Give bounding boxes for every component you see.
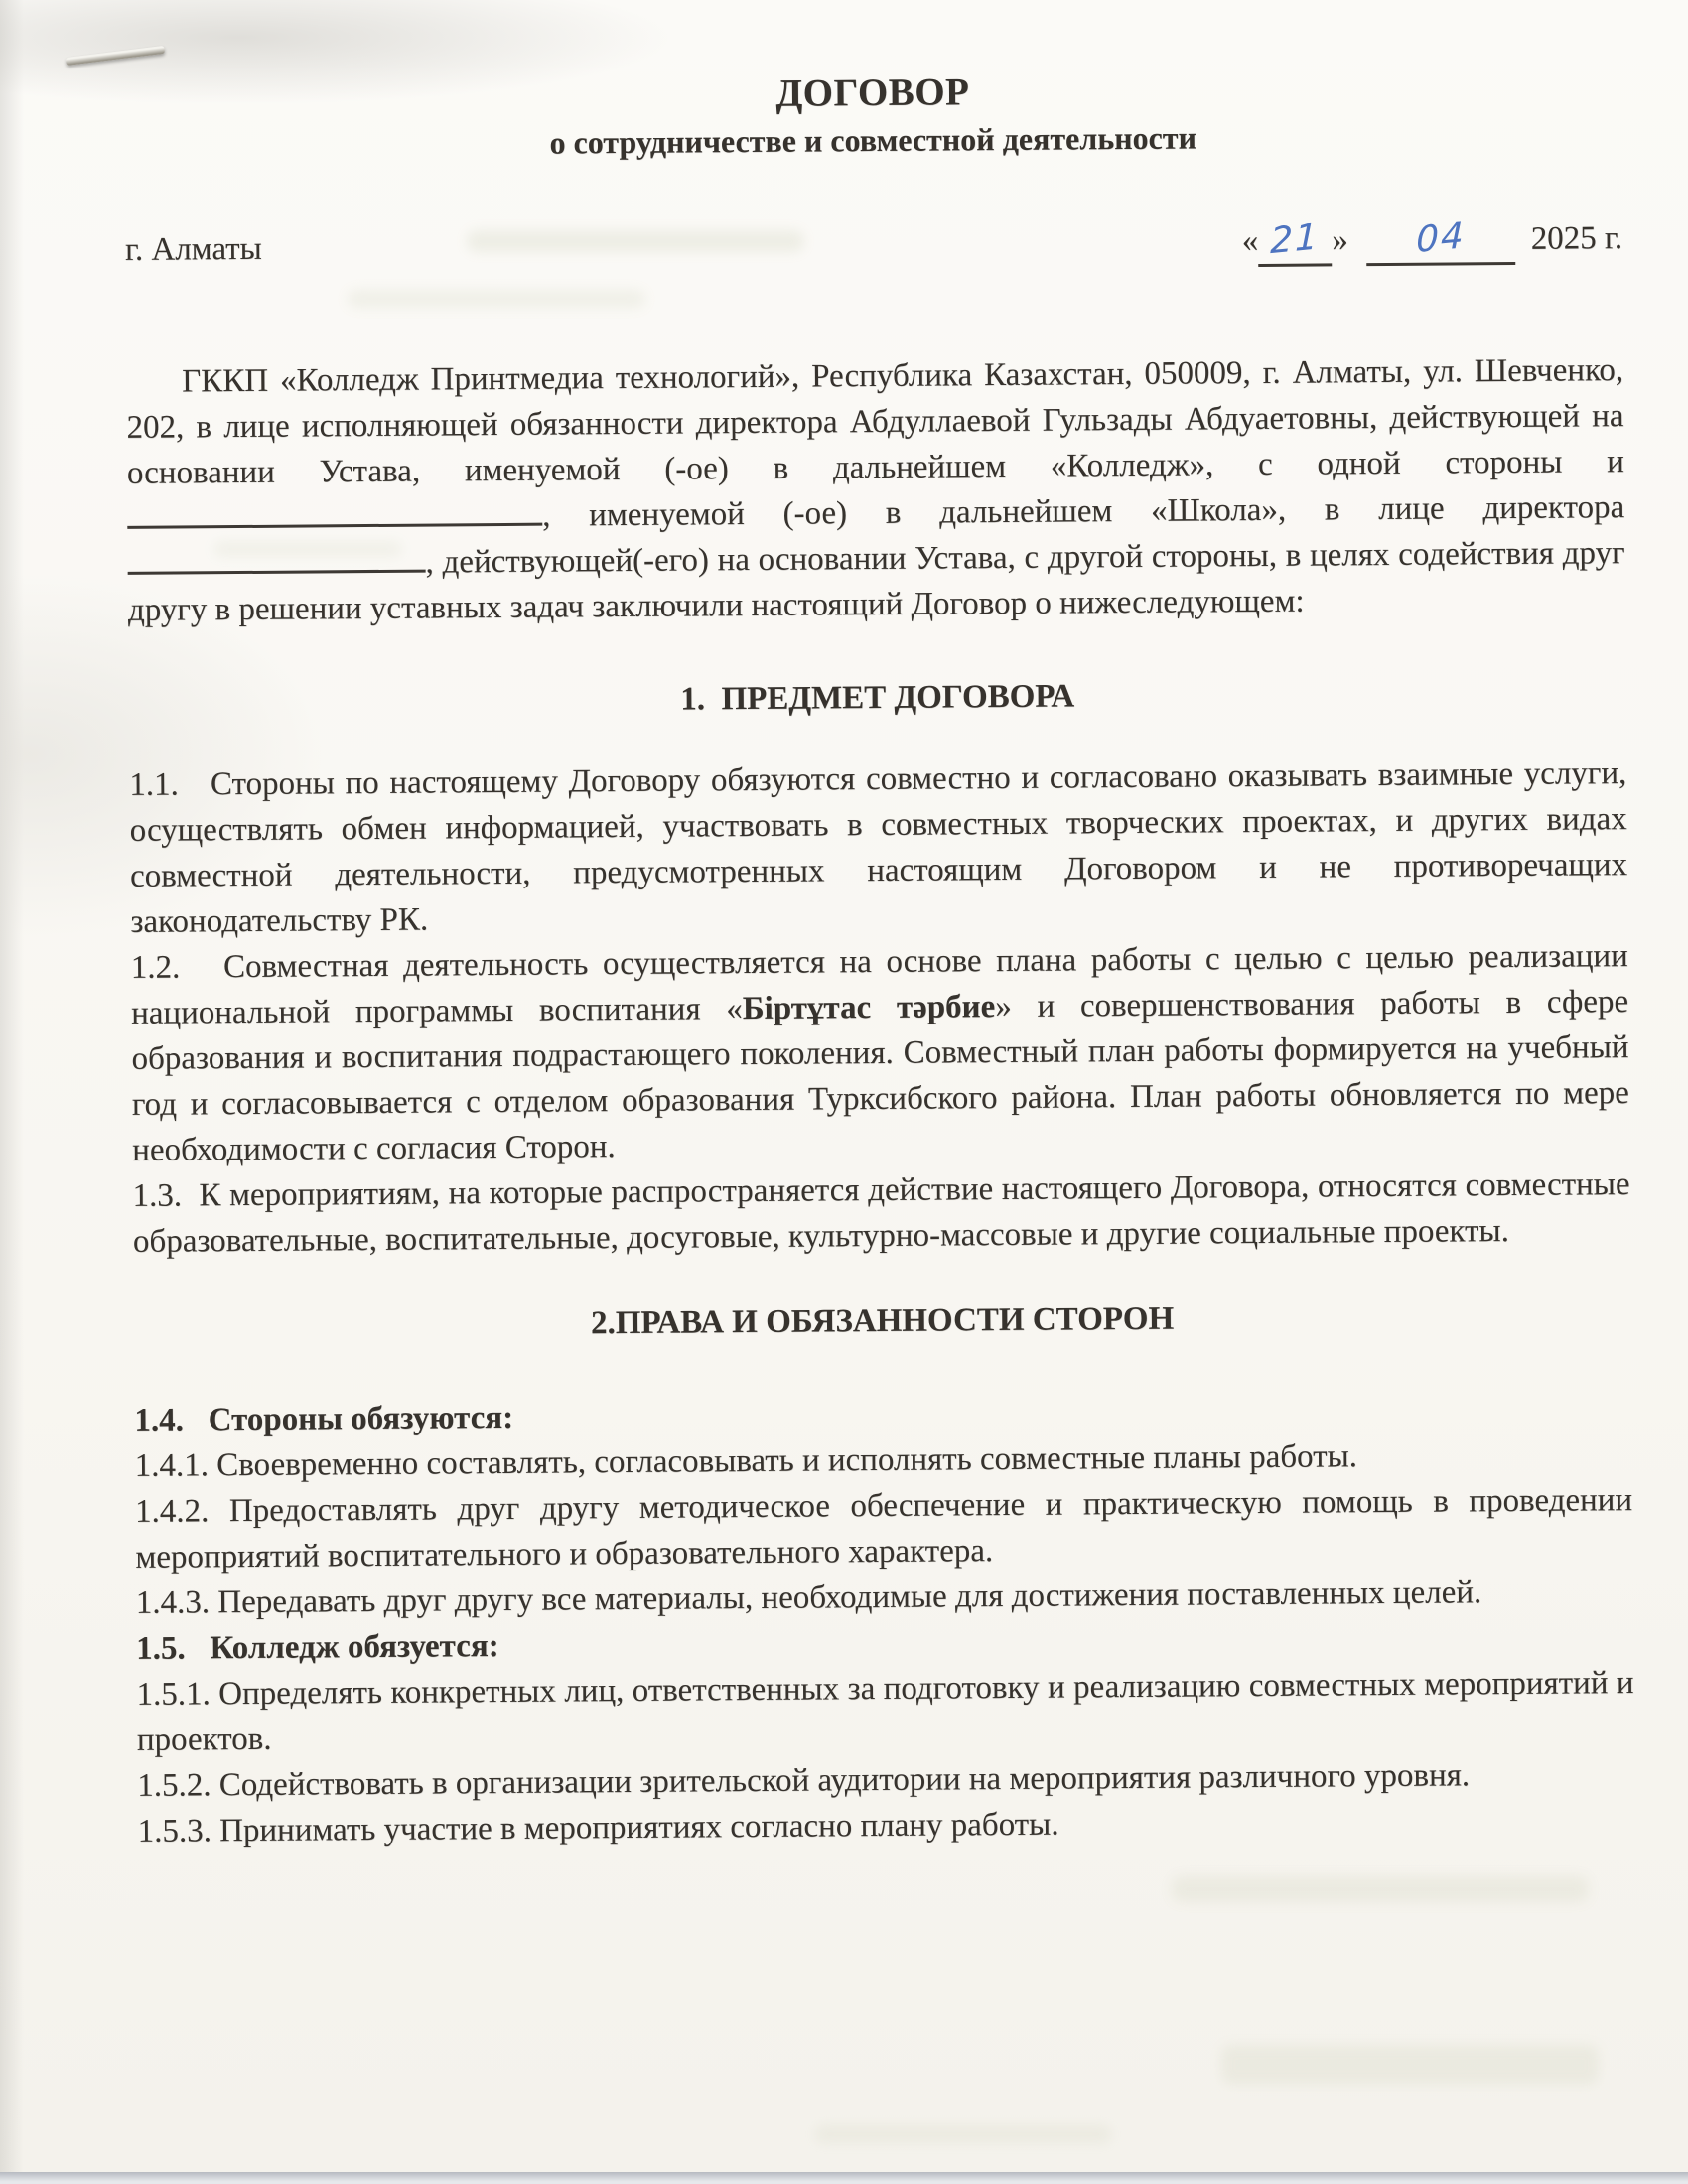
date-year: 2025 г. <box>1531 220 1623 257</box>
section-1-heading: 1. ПРЕДМЕТ ДОГОВОРА <box>129 669 1626 727</box>
date-month-handwritten: 04 <box>1416 213 1466 264</box>
document-page: ДОГОВОР о сотрудничестве и совместной де… <box>0 0 1688 2184</box>
preamble-part1: ГККП «Колледж Принтмедиа технологий», Ре… <box>126 352 1624 491</box>
document-content: ДОГОВОР о сотрудничестве и совместной де… <box>123 0 1635 1854</box>
bleed-through-mark <box>1172 1876 1589 1902</box>
clause-1-2: 1.2. Совместная деятельность осуществляе… <box>131 933 1630 1173</box>
clause-1-3: 1.3. К мероприятиям, на которые распрост… <box>132 1161 1630 1265</box>
clause-1-4-2: 1.4.2. Предоставлять друг другу методиче… <box>135 1477 1633 1580</box>
city-date-row: г. Алматы «21»042025 г. <box>125 214 1622 276</box>
preamble-paragraph: ГККП «Колледж Принтмедиа технологий», Ре… <box>126 347 1625 633</box>
date-month-blank: 04 <box>1366 215 1515 266</box>
preamble-part2: , именуемой (-ое) в дальнейшем «Школа», … <box>542 489 1624 534</box>
director-name-blank <box>127 540 425 575</box>
bleed-through-mark <box>814 2124 1112 2144</box>
clause-1-1: 1.1. Стороны по настоящему Договору обяз… <box>129 751 1627 945</box>
school-name-blank <box>127 493 542 529</box>
date-day-blank: 21 <box>1258 216 1332 267</box>
section-2-heading: 2.ПРАВА И ОБЯЗАННОСТИ СТОРОН <box>133 1293 1630 1350</box>
close-quote: » <box>1332 222 1348 258</box>
open-quote: « <box>1242 223 1259 259</box>
date-day-handwritten: 21 <box>1270 214 1320 265</box>
scanner-edge <box>0 2172 1688 2184</box>
clause-1-2-program-name: Біртұтас тәрбие <box>743 989 996 1026</box>
bleed-through-mark <box>1221 2045 1599 2085</box>
city-label: г. Алматы <box>125 226 262 273</box>
clause-1-5-1: 1.5.1. Определять конкретных лиц, ответс… <box>136 1660 1634 1763</box>
date-line: «21»042025 г. <box>1242 214 1623 267</box>
